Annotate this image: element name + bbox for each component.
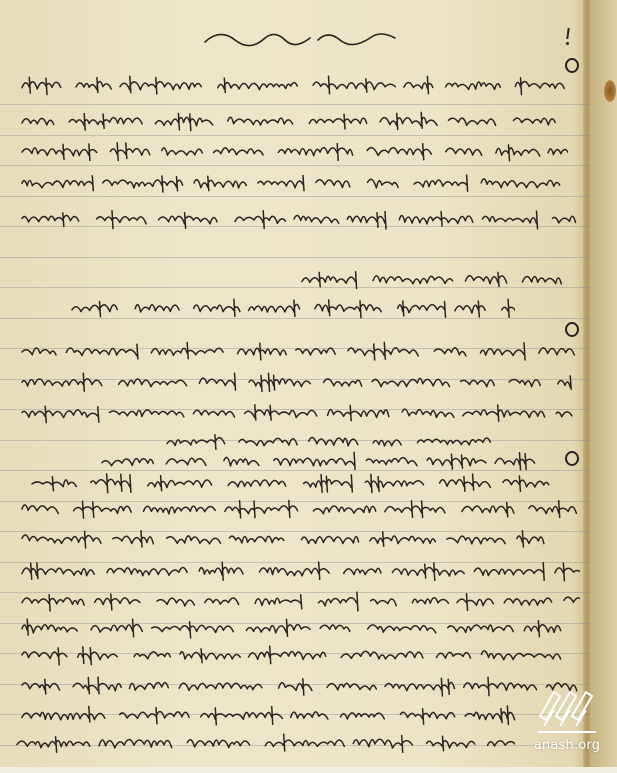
handwritten-line: [20, 584, 580, 612]
handwritten-line: [20, 104, 565, 132]
page-bottom-edge: [0, 767, 617, 773]
handwritten-line: [30, 466, 550, 494]
handwritten-line: [20, 522, 560, 550]
handwritten-line: [20, 166, 570, 194]
handwritten-line: [20, 698, 520, 726]
ink-stain: [604, 80, 616, 102]
handwritten-line: [15, 726, 515, 754]
page-binding-edge: [583, 0, 591, 773]
handwritten-line: [300, 262, 562, 290]
manuscript-page: anash.org: [0, 0, 617, 773]
handwritten-line: [20, 202, 580, 230]
handwritten-line: [20, 396, 575, 424]
handwritten-line: [20, 611, 580, 639]
handwritten-line: [20, 554, 580, 582]
handwritten-line: [20, 68, 570, 96]
ruled-line: [0, 257, 590, 258]
handwritten-line: [20, 669, 580, 697]
ruled-line: [0, 196, 590, 197]
handwritten-line: [20, 492, 580, 520]
top-exclamation-mark: [566, 28, 569, 46]
watermark: anash.org: [524, 686, 610, 766]
handwritten-line: [20, 334, 575, 362]
handwritten-line: [20, 365, 575, 393]
watermark-text: anash.org: [524, 738, 610, 753]
handwritten-line: [20, 638, 580, 666]
page-heading: [200, 20, 400, 50]
section-marker: [565, 451, 579, 466]
handwritten-line: [20, 134, 568, 162]
anash-logo-icon: [534, 686, 600, 736]
handwritten-line: [70, 291, 515, 319]
